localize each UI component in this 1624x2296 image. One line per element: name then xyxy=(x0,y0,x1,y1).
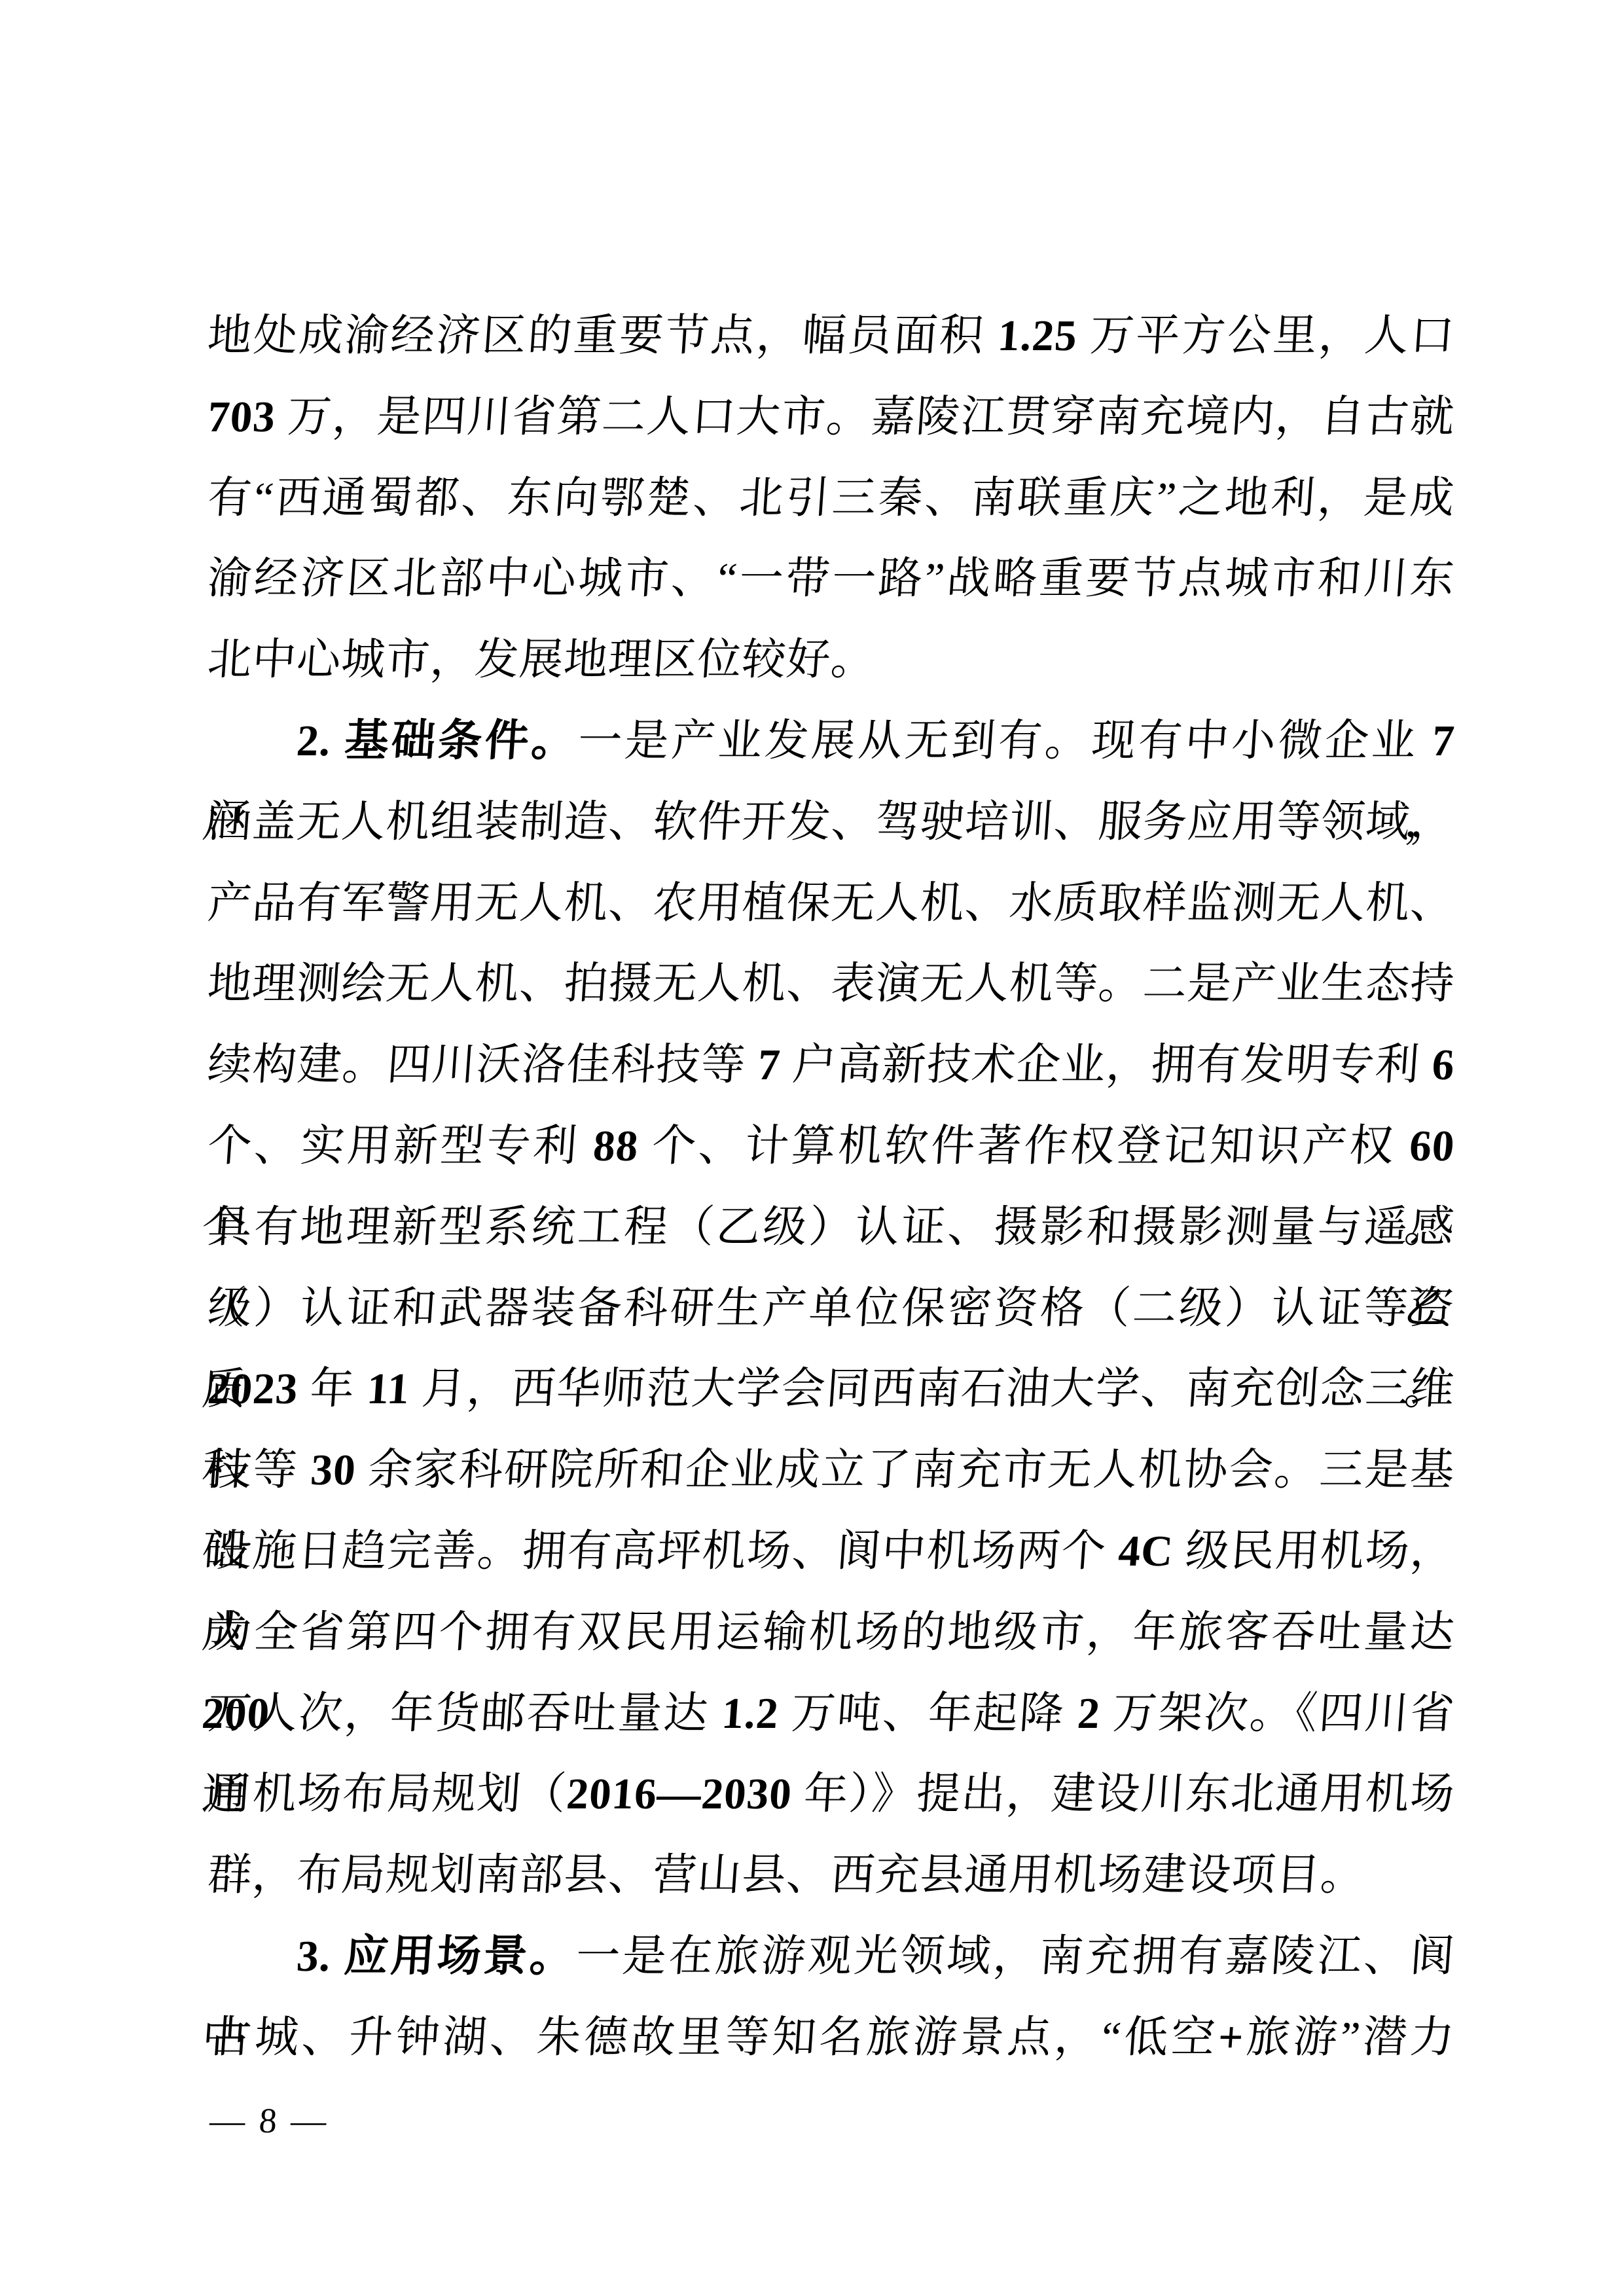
body-text: 续构建。四川沃洛佳科技等 xyxy=(206,1041,760,1089)
text-line: 续构建。四川沃洛佳科技等 7 户高新技术企业，拥有发明专利 6 xyxy=(205,1025,1458,1106)
text-line: 为全省第四个拥有双民用运输机场的地级市，年旅客吞吐量达 200 xyxy=(205,1592,1458,1674)
body-text: 产品有军警用无人机、农用植保无人机、水质取样监测无人机、 xyxy=(206,879,1456,927)
body-text: 个、计算机软件著作权登记知识产权 xyxy=(637,1122,1411,1170)
numeric-text: 60 xyxy=(1408,1122,1456,1170)
text-line: 2023 年 11 月，西华师范大学会同西南石油大学、南充创念三维科 xyxy=(205,1349,1458,1430)
body-text: 古城、升钟湖、朱德故里等知名旅游景点，“低空 xyxy=(206,2013,1220,2062)
numeric-text: 1.25 xyxy=(996,312,1079,360)
numeric-text: 703 xyxy=(206,393,278,441)
document-page: 地处成渝经济区的重要节点，幅员面积 1.25 万平方公里，人口703 万，是四川… xyxy=(0,0,1624,2296)
numeric-text: 88 xyxy=(592,1122,640,1170)
text-line: 地处成渝经济区的重要节点，幅员面积 1.25 万平方公里，人口 xyxy=(205,296,1458,377)
body-text: 个、实用新型专利 xyxy=(206,1122,595,1170)
text-line: 703 万，是四川省第二人口大市。嘉陵江贯穿南充境内，自古就 xyxy=(205,377,1458,458)
text-line: 2. 基础条件。一是产业发展从无到有。现有中小微企业 7 户， xyxy=(205,701,1458,782)
body-text: 一是产业发展从无到有。现有中小微企业 xyxy=(577,717,1434,765)
text-line: 级）认证和武器装备科研生产单位保密资格（二级）认证等资质。 xyxy=(205,1268,1458,1350)
text-line: 产品有军警用无人机、农用植保无人机、水质取样监测无人机、 xyxy=(205,863,1458,944)
body-text: 北中心城市，发展地理区位较好。 xyxy=(206,636,877,684)
text-line: 群，布局规划南部县、营山县、西充县通用机场建设项目。 xyxy=(205,1835,1458,1916)
page-number: — 8 — xyxy=(208,2098,331,2144)
text-line: 设施日趋完善。拥有高坪机场、阆中机场两个 4C 级民用机场，成 xyxy=(205,1511,1458,1592)
numeric-text: 30 xyxy=(309,1446,357,1494)
text-line: 渝经济区北部中心城市、“一带一路”战略重要节点城市和川东 xyxy=(205,539,1458,620)
section-heading-text: 基础条件。 xyxy=(343,717,580,765)
numeric-text: 2 xyxy=(1076,1689,1102,1738)
body-text: 用机场布局规划（ xyxy=(206,1770,569,1818)
body-text: 年）》提出，建设川东北通用机场 xyxy=(790,1770,1456,1818)
text-line: 技等 30 余家科研院所和企业成立了南充市无人机协会。三是基础 xyxy=(205,1430,1458,1511)
body-text: 旅游”潜力 xyxy=(1242,2013,1456,2062)
body-text: 设施日趋完善。拥有高坪机场、阆中机场两个 xyxy=(206,1527,1121,1575)
numeric-text: 7 xyxy=(756,1041,782,1089)
body-text: 渝经济区北部中心城市、“一带一路”战略重要节点城市和川东 xyxy=(206,554,1456,603)
body-text: 万吨、年起降 xyxy=(777,1689,1079,1738)
body-text: 万，是四川省第二人口大市。嘉陵江贯穿南充境内，自古就 xyxy=(274,393,1456,441)
body-text: 万人次，年货邮吞吐量达 xyxy=(206,1689,724,1738)
numeric-text: 6 xyxy=(1430,1041,1456,1089)
text-line: 涵盖无人机组装制造、软件开发、驾驶培训、服务应用等领域， xyxy=(205,782,1458,863)
numeric-text: 11 xyxy=(365,1365,411,1413)
document-body: 地处成渝经济区的重要节点，幅员面积 1.25 万平方公里，人口703 万，是四川… xyxy=(205,296,1452,2079)
body-text: 年 xyxy=(297,1365,369,1413)
text-line: 北中心城市，发展地理区位较好。 xyxy=(205,620,1458,701)
body-text: 有“西通蜀都、东向鄂楚、北引三秦、南联重庆”之地利，是成 xyxy=(206,474,1456,522)
text-line: 3. 应用场景。一是在旅游观光领域，南充拥有嘉陵江、阆中 xyxy=(205,1916,1458,1998)
numeric-text: + xyxy=(1217,2013,1246,2062)
text-line: 地理测绘无人机、拍摄无人机、表演无人机等。二是产业生态持 xyxy=(205,944,1458,1025)
numeric-text: 2. xyxy=(295,717,346,765)
body-text: 群，布局规划南部县、营山县、西充县通用机场建设项目。 xyxy=(206,1851,1367,1899)
body-text: 万平方公里，人口 xyxy=(1075,312,1456,360)
body-text: 地理测绘无人机、拍摄无人机、表演无人机等。二是产业生态持 xyxy=(206,960,1456,1008)
text-line: 具有地理新型系统工程（乙级）认证、摄影和摄影测量与遥感（乙 xyxy=(205,1187,1458,1268)
text-line: 有“西通蜀都、东向鄂楚、北引三秦、南联重庆”之地利，是成 xyxy=(205,458,1458,539)
numeric-text: 3. xyxy=(295,1932,346,1981)
body-text: 为全省第四个拥有双民用运输机场的地级市，年旅客吞吐量达 xyxy=(206,1608,1456,1657)
numeric-text: 1.2 xyxy=(720,1689,780,1738)
body-text: 户高新技术企业，拥有发明专利 xyxy=(779,1041,1434,1089)
body-text: 地处成渝经济区的重要节点，幅员面积 xyxy=(206,312,1000,360)
numeric-text: 4C xyxy=(1117,1527,1175,1575)
body-text: 技等 xyxy=(206,1446,313,1494)
numeric-text: 2023 xyxy=(206,1365,300,1413)
text-line: 古城、升钟湖、朱德故里等知名旅游景点，“低空+旅游”潜力 xyxy=(205,1998,1458,2079)
text-line: 万人次，年货邮吞吐量达 1.2 万吨、年起降 2 万架次。《四川省通 xyxy=(205,1674,1458,1755)
section-heading-text: 应用场景。 xyxy=(343,1932,578,1981)
text-line: 用机场布局规划（2016—2030 年）》提出，建设川东北通用机场 xyxy=(205,1754,1458,1835)
numeric-text: 2016—2030 xyxy=(565,1770,793,1818)
body-text: 涵盖无人机组装制造、软件开发、驾驶培训、服务应用等领域， xyxy=(206,798,1456,846)
numeric-text: 7 xyxy=(1430,717,1456,765)
text-line: 个、实用新型专利 88 个、计算机软件著作权登记知识产权 60 个。 xyxy=(205,1106,1458,1187)
